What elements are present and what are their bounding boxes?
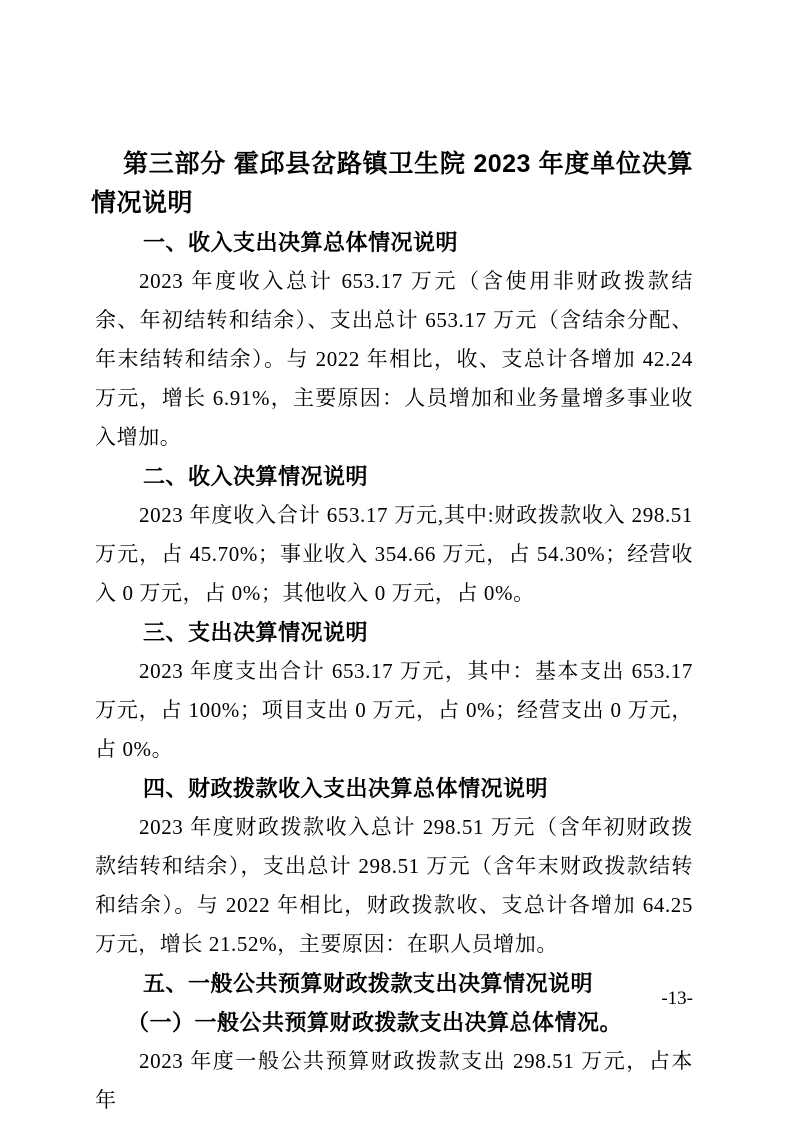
section-1-paragraph: 2023 年度收入总计 653.17 万元（含使用非财政拨款结余、年初结转和结余… — [95, 262, 693, 457]
document-page: 第三部分 霍邱县岔路镇卫生院 2023 年度单位决算情况说明 一、收入支出决算总… — [0, 0, 793, 1122]
section-5-paragraph: 2023 年度一般公共预算财政拨款支出 298.51 万元，占本年 — [95, 1042, 693, 1120]
section-5-subheading: （一）一般公共预算财政拨款支出决算总体情况。 — [95, 1003, 693, 1042]
document-title: 第三部分 霍邱县岔路镇卫生院 2023 年度单位决算情况说明 — [91, 145, 693, 223]
section-1-heading: 一、收入支出决算总体情况说明 — [95, 223, 693, 262]
section-2-paragraph: 2023 年度收入合计 653.17 万元,其中:财政拨款收入 298.51 万… — [95, 496, 693, 613]
section-5-heading: 五、一般公共预算财政拨款支出决算情况说明 — [95, 964, 693, 1003]
section-2-heading: 二、收入决算情况说明 — [95, 457, 693, 496]
section-3-paragraph: 2023 年度支出合计 653.17 万元，其中：基本支出 653.17 万元，… — [95, 652, 693, 769]
section-4-heading: 四、财政拨款收入支出决算总体情况说明 — [95, 769, 693, 808]
page-number: -13- — [661, 988, 693, 1010]
section-4-paragraph: 2023 年度财政拨款收入总计 298.51 万元（含年初财政拨款结转和结余），… — [95, 808, 693, 964]
section-3-heading: 三、支出决算情况说明 — [95, 613, 693, 652]
